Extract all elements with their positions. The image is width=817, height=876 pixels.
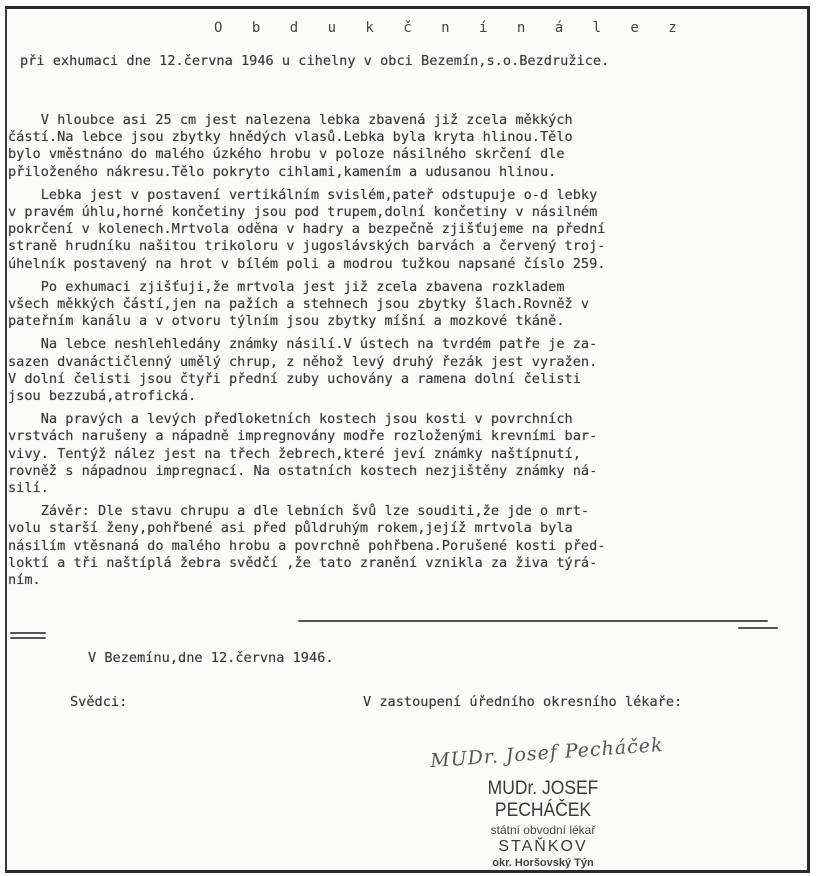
body-line: v pravém úhlu,horné končetiny jsou pod t… xyxy=(8,204,597,221)
body-line: loktí a tři naštíplá žebra svědčí ,že ta… xyxy=(8,555,597,572)
body-line: přiloženého nákresu.Tělo pokryto cihlami… xyxy=(8,164,556,181)
body-line: rovněž s nápadnou impregnací. Na ostatní… xyxy=(8,463,597,480)
body-line: Lebka jest v postavení vertikálním svisl… xyxy=(8,187,597,204)
body-line: straně hrudníku našitou trikoloru v jugo… xyxy=(8,238,605,255)
stamp-place: STAŇKOV xyxy=(428,838,658,856)
body-line: úhelník postavený na hrot v bílém poli a… xyxy=(8,256,605,273)
body-line: jsou bezzubá,atrofická. xyxy=(8,388,196,405)
body-line: Závěr: Dle stavu chrupu a dle lebních šv… xyxy=(8,503,589,520)
document-subtitle: při exhumaci dne 12.června 1946 u ciheln… xyxy=(20,53,609,70)
body-line: částí.Na lebce jsou zbytky hnědých vlasů… xyxy=(8,129,573,146)
body-line: Na pravých a levých předloketních kostec… xyxy=(8,411,573,428)
body-line: V hloubce asi 25 cm jest nalezena lebka … xyxy=(8,112,573,129)
document-title: O b d u k č n í n á l e z xyxy=(214,20,687,36)
body-line: silí. xyxy=(8,480,49,497)
handwritten-underline xyxy=(10,637,46,639)
stamp-role: státní obvodní lékař xyxy=(428,823,658,837)
body-line: všech měkkých částí,jen na pažích a steh… xyxy=(8,296,589,313)
handwritten-underline xyxy=(10,632,46,634)
representation-label: V zastoupení úředního okresního lékaře: xyxy=(363,694,682,711)
handwritten-underline xyxy=(738,627,778,629)
body-line: bylo vměstnáno do malého úzkého hrobu v … xyxy=(8,146,565,163)
body-line: Na lebce neshlehledány známky násilí.V ú… xyxy=(8,336,597,353)
body-line: vivy. Tentýž nález jest na třech žebrech… xyxy=(8,446,581,463)
place-date: V Bezemínu,dne 12.června 1946. xyxy=(88,650,334,667)
stamp-name: MUDr. JOSEF PECHÁČEK xyxy=(437,778,649,822)
official-stamp: MUDr. JOSEF PECHÁČEK státní obvodní léka… xyxy=(428,778,658,869)
body-line: ním. xyxy=(8,572,41,589)
body-line: vrstvách narušeny a nápadně impregnovány… xyxy=(8,428,597,445)
handwritten-underline xyxy=(298,620,768,622)
stamp-district: okr. Horšovský Týn xyxy=(428,857,658,869)
body-line: volu starší ženy,pohřbené asi před půldr… xyxy=(8,520,573,537)
body-line: sazen dvanáctičlenný umělý chrup, z něho… xyxy=(8,354,597,371)
witnesses-label: Svědci: xyxy=(70,694,127,711)
body-line: násilím vtěsnaná do malého hrobu a povrc… xyxy=(8,538,605,555)
body-line: pokrčení v kolenech.Mrtvola oděna v hadr… xyxy=(8,221,605,238)
body-line: Po exhumaci zjišťuji,že mrtvola jest již… xyxy=(8,279,565,296)
body-line: pateřním kanálu a v otvoru týlním jsou z… xyxy=(8,313,565,330)
body-line: V dolní čelisti jsou čtyři přední zuby u… xyxy=(8,371,581,388)
